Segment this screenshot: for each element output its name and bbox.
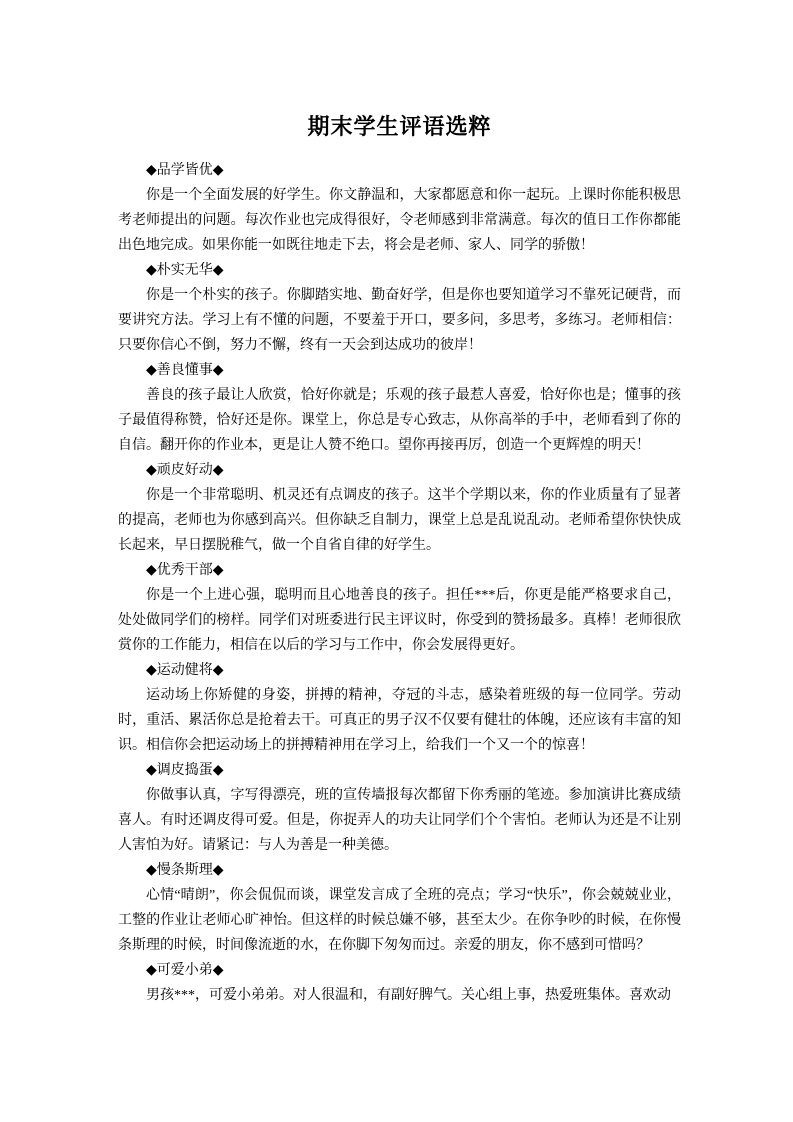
section-body: 你做事认真，字写得漂亮，班的宣传墙报每次都留下你秀丽的笔迹。参加演讲比赛成绩喜人… [118, 783, 681, 858]
section-body: 心情“晴朗”，你会侃侃而谈，课堂发言成了全班的亮点；学习“快乐”，你会兢兢业业，… [118, 883, 681, 958]
comment-section: ◆善良懂事◆善良的孩子最让人欣赏，恰好你就是；乐观的孩子最惹人喜爱，恰好你也是；… [118, 358, 681, 458]
section-heading: ◆顽皮好动◆ [118, 458, 681, 483]
section-body: 你是一个非常聪明、机灵还有点调皮的孩子。这半个学期以来，你的作业质量有了显著的提… [118, 483, 681, 558]
comment-section: ◆优秀干部◆你是一个上进心强，聪明而且心地善良的孩子。担任***后，你更是能严格… [118, 558, 681, 658]
comment-section: ◆顽皮好动◆你是一个非常聪明、机灵还有点调皮的孩子。这半个学期以来，你的作业质量… [118, 458, 681, 558]
comment-section: ◆可爱小弟◆男孩***，可爱小弟弟。对人很温和，有副好脾气。关心组上事，热爱班集… [118, 958, 681, 1008]
section-heading: ◆慢条斯理◆ [118, 858, 681, 883]
section-body: 你是一个朴实的孩子。你脚踏实地、勤奋好学，但是你也要知道学习不靠死记硬背，而要讲… [118, 283, 681, 358]
section-heading: ◆优秀干部◆ [118, 558, 681, 583]
section-body: 你是一个上进心强，聪明而且心地善良的孩子。担任***后，你更是能严格要求自己，处… [118, 583, 681, 658]
section-body: 你是一个全面发展的好学生。你文静温和，大家都愿意和你一起玩。上课时你能积极思考老… [118, 183, 681, 258]
comment-section: ◆品学皆优◆你是一个全面发展的好学生。你文静温和，大家都愿意和你一起玩。上课时你… [118, 158, 681, 258]
section-body: 运动场上你矫健的身姿，拼搏的精神，夺冠的斗志，感染着班级的每一位同学。劳动时，重… [118, 683, 681, 758]
comment-section: ◆运动健将◆运动场上你矫健的身姿，拼搏的精神，夺冠的斗志，感染着班级的每一位同学… [118, 658, 681, 758]
page-title: 期末学生评语选粹 [118, 112, 681, 142]
section-heading: ◆调皮捣蛋◆ [118, 758, 681, 783]
section-body: 男孩***，可爱小弟弟。对人很温和，有副好脾气。关心组上事，热爱班集体。喜欢动 [118, 983, 681, 1008]
section-heading: ◆可爱小弟◆ [118, 958, 681, 983]
section-heading: ◆善良懂事◆ [118, 358, 681, 383]
section-heading: ◆运动健将◆ [118, 658, 681, 683]
comment-section: ◆调皮捣蛋◆你做事认真，字写得漂亮，班的宣传墙报每次都留下你秀丽的笔迹。参加演讲… [118, 758, 681, 858]
section-body: 善良的孩子最让人欣赏，恰好你就是；乐观的孩子最惹人喜爱，恰好你也是；懂事的孩子最… [118, 383, 681, 458]
section-heading: ◆品学皆优◆ [118, 158, 681, 183]
sections: ◆品学皆优◆你是一个全面发展的好学生。你文静温和，大家都愿意和你一起玩。上课时你… [118, 158, 681, 1008]
section-heading: ◆朴实无华◆ [118, 258, 681, 283]
comment-section: ◆慢条斯理◆心情“晴朗”，你会侃侃而谈，课堂发言成了全班的亮点；学习“快乐”，你… [118, 858, 681, 958]
comment-section: ◆朴实无华◆你是一个朴实的孩子。你脚踏实地、勤奋好学，但是你也要知道学习不靠死记… [118, 258, 681, 358]
document-page: 期末学生评语选粹 ◆品学皆优◆你是一个全面发展的好学生。你文静温和，大家都愿意和… [0, 0, 793, 1122]
